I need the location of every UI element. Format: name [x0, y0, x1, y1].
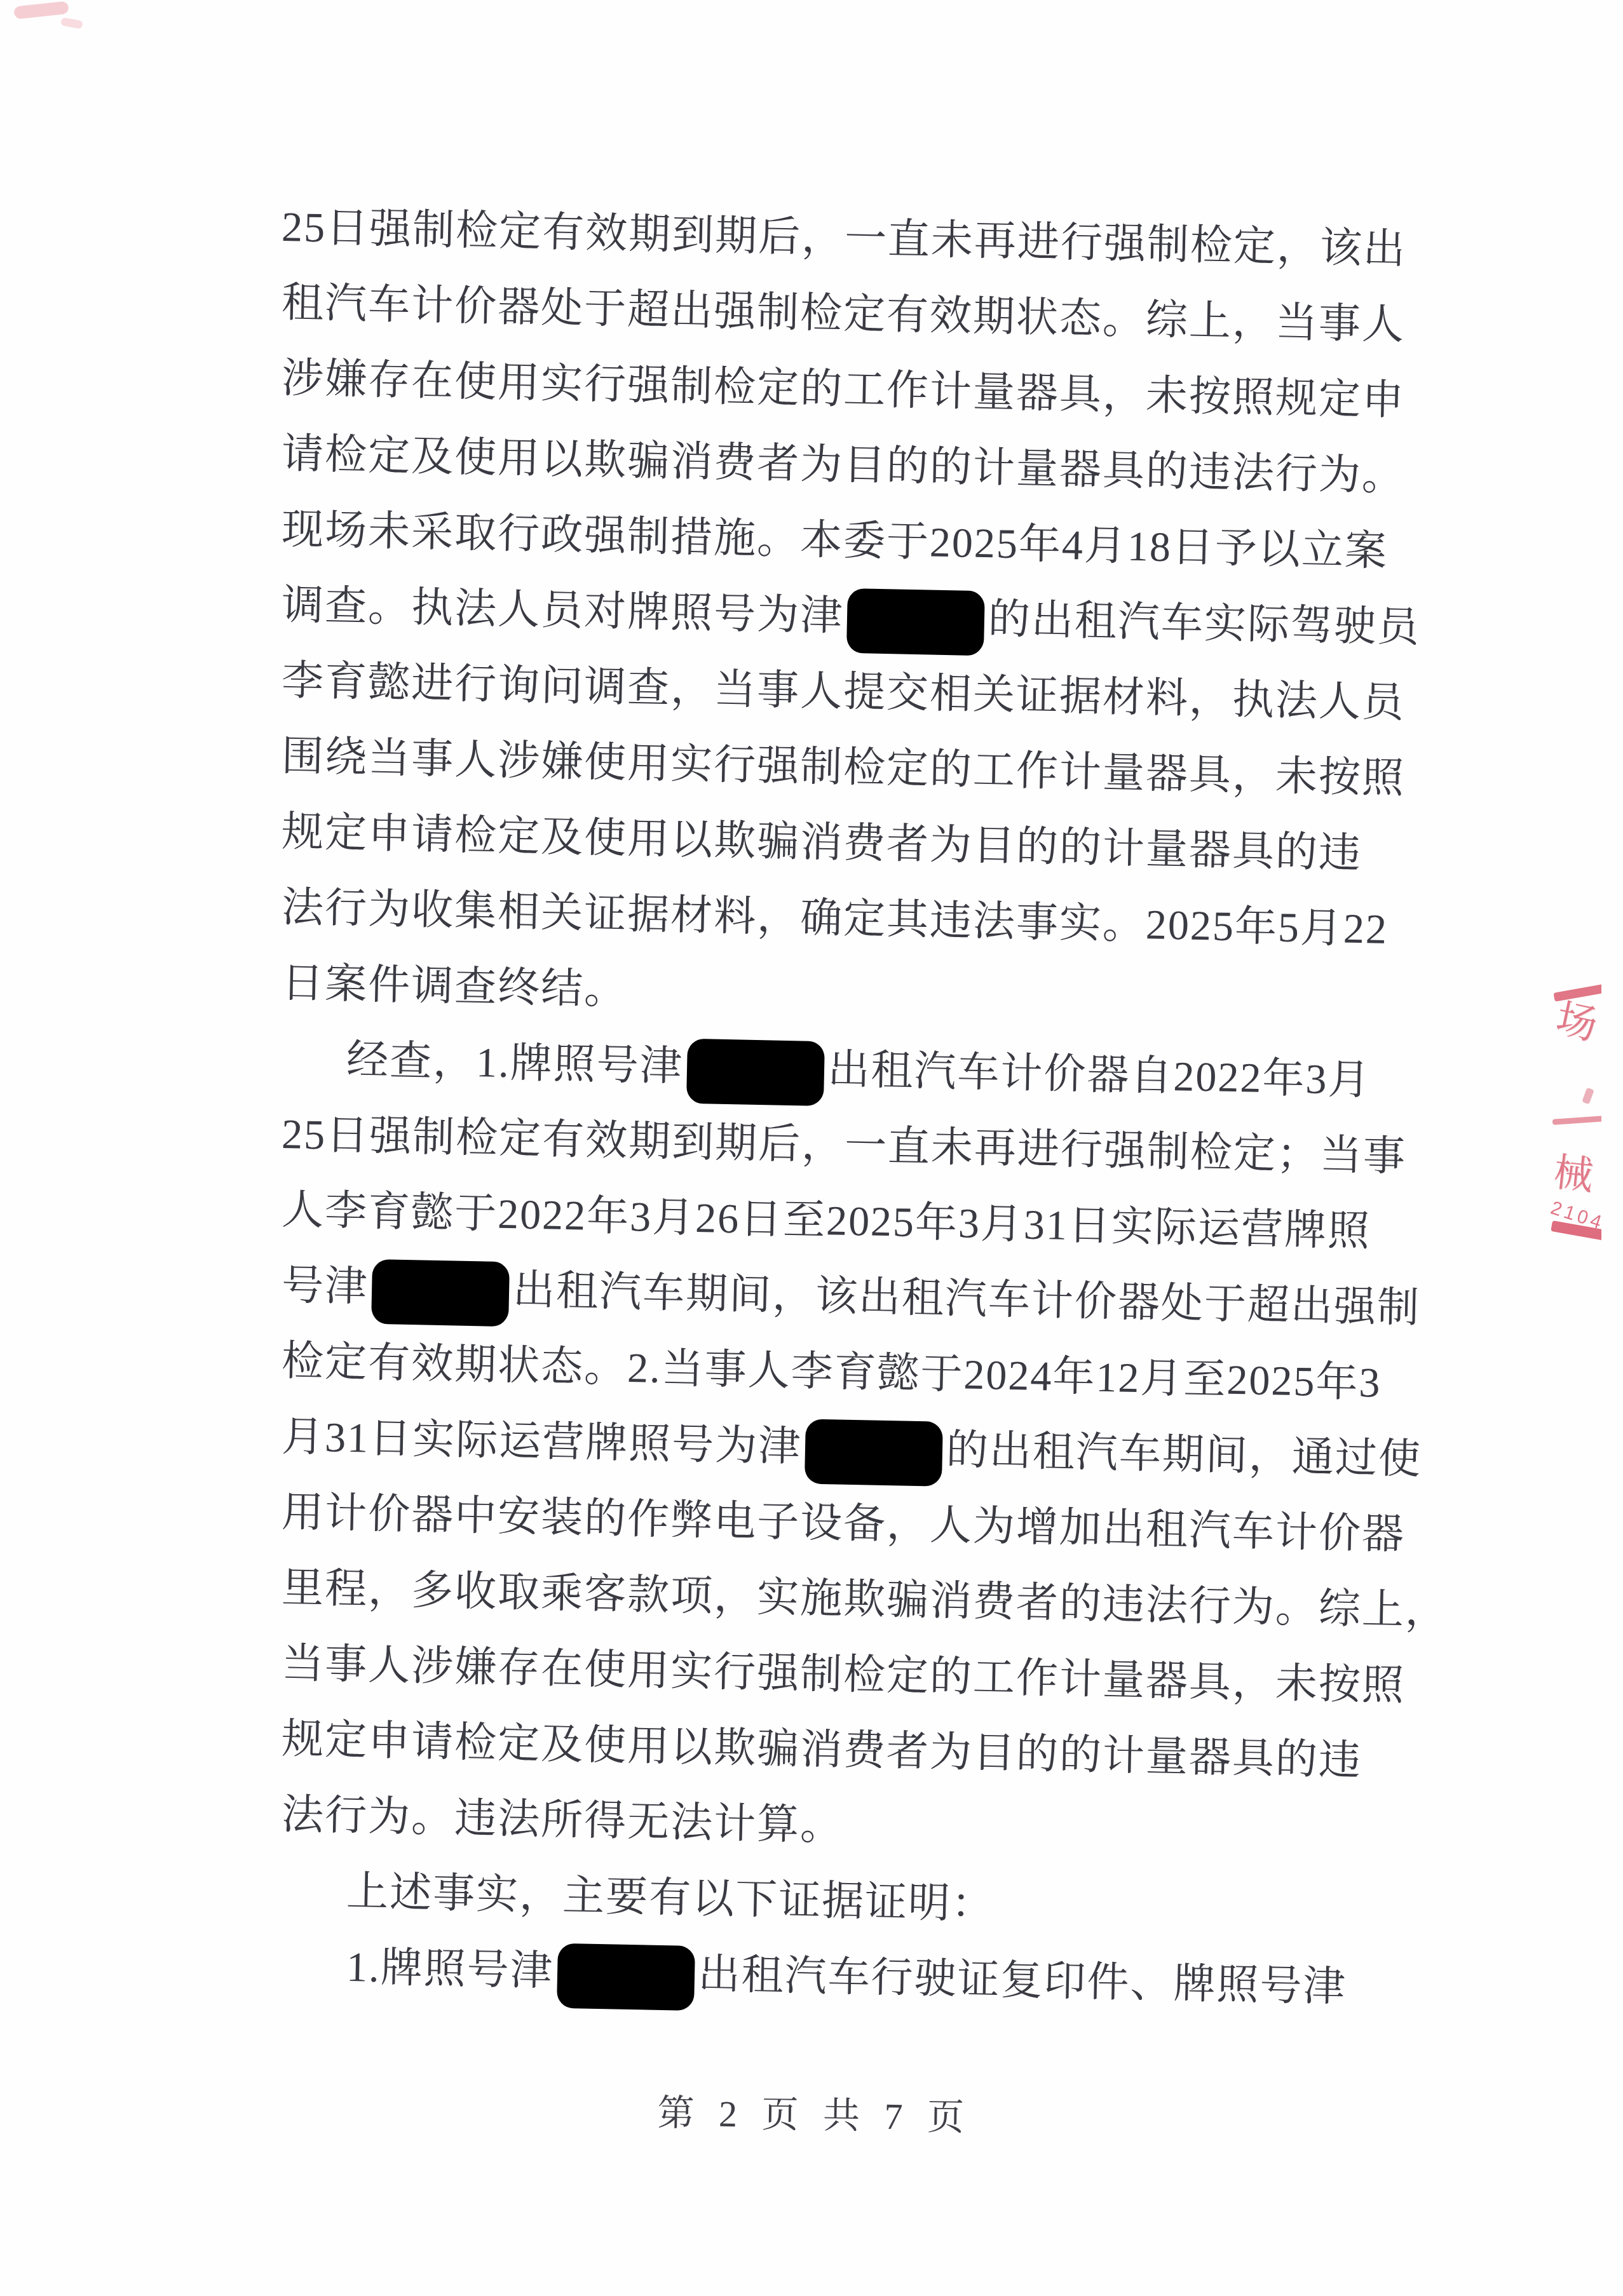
- document-body: 25日强制检定有效期到期后，一直未再进行强制检定，该出租汽车计价器处于超出强制检…: [282, 189, 1425, 2004]
- text-run: 用计价器中安装的作弊电子设备，人为增加出租汽车计价器: [282, 1489, 1406, 1558]
- text-run: 的出租汽车实际驾驶员: [988, 596, 1420, 651]
- seal-stroke: [1552, 1116, 1601, 1125]
- text-run: 出租汽车期间，该出租汽车计价器处于超出强制: [512, 1267, 1420, 1332]
- text-run: 法行为。违法所得无法计算。: [282, 1792, 844, 1849]
- text-run: 25日强制检定有效期到期后，一直未再进行强制检定；当事: [282, 1111, 1407, 1180]
- seal-character: 械: [1552, 1152, 1595, 1197]
- text-run: 人李育懿于2022年3月26日至2025年3月31日实际运营牌照: [282, 1187, 1371, 1255]
- text-run: 里程，多收取乘客款项，实施欺骗消费者的违法行为。综上，: [282, 1565, 1449, 1635]
- text-run: 号津: [282, 1262, 369, 1311]
- redaction-box: [371, 1259, 510, 1327]
- text-run: 现场未采取行政强制措施。本委于2025年4月18日予以立案: [282, 506, 1389, 575]
- red-ink-smudge: [60, 17, 83, 29]
- redaction-box: [805, 1419, 943, 1486]
- text-run: 日案件调查终结。: [282, 960, 628, 1013]
- text-run: 规定申请检定及使用以欺骗消费者为目的的计量器具的违: [282, 1716, 1362, 1784]
- seal-stroke: [1551, 1220, 1601, 1241]
- text-run: 法行为收集相关证据材料，确定其违法事实。2025年5月22: [282, 884, 1389, 953]
- text-run: 租汽车计价器处于超出强制检定有效期状态。综上，当事人: [282, 280, 1406, 348]
- text-run: 上述事实，主要有以下证据证明：: [346, 1868, 995, 1928]
- red-ink-smudge: [13, 1, 69, 20]
- text-run: 月31日实际运营牌照号为津: [282, 1414, 802, 1470]
- page-seal-stamp: 场 械 2104: [1549, 982, 1601, 1248]
- seal-stroke: [1582, 1088, 1594, 1105]
- text-run: 的出租汽车期间，通过使: [946, 1427, 1422, 1483]
- page-number-footer: 第 2 页 共 7 页: [0, 2072, 1623, 2151]
- text-run: 规定申请检定及使用以欺骗消费者为目的的计量器具的违: [282, 809, 1362, 877]
- text-run: 出租汽车计价器自2022年3月: [827, 1046, 1371, 1104]
- text-run: 检定有效期状态。2.当事人李育懿于2024年12月至2025年3: [282, 1338, 1382, 1407]
- text-run: 围绕当事人涉嫌使用实行强制检定的工作计量器具，未按照: [282, 733, 1406, 802]
- text-run: 调查。执法人员对牌照号为津: [282, 582, 844, 640]
- redaction-box: [686, 1039, 824, 1106]
- text-run: 1.牌照号津: [346, 1944, 553, 1995]
- redaction-box: [846, 588, 985, 656]
- text-run: 李育懿进行询问调查，当事人提交相关证据材料，执法人员: [282, 658, 1406, 726]
- scanned-document-page: 25日强制检定有效期到期后，一直未再进行强制检定，该出租汽车计价器处于超出强制检…: [0, 0, 1623, 2296]
- text-run: 当事人涉嫌存在使用实行强制检定的工作计量器具，未按照: [282, 1640, 1406, 1709]
- text-run: 25日强制检定有效期到期后，一直未再进行强制检定，该出: [282, 204, 1407, 273]
- text-run: 出租汽车行驶证复印件、牌照号津: [698, 1951, 1347, 2010]
- seal-stroke: [1553, 983, 1601, 1001]
- seal-character: 场: [1552, 998, 1601, 1046]
- redaction-box: [557, 1943, 695, 2011]
- text-run: 涉嫌存在使用实行强制检定的工作计量器具，未按照规定申: [282, 355, 1406, 424]
- text-run: 经查，1.牌照号津: [346, 1037, 683, 1090]
- text-run: 请检定及使用以欺骗消费者为目的的计量器具的违法行为。: [282, 431, 1406, 499]
- seal-serial-number: 2104: [1549, 1197, 1601, 1234]
